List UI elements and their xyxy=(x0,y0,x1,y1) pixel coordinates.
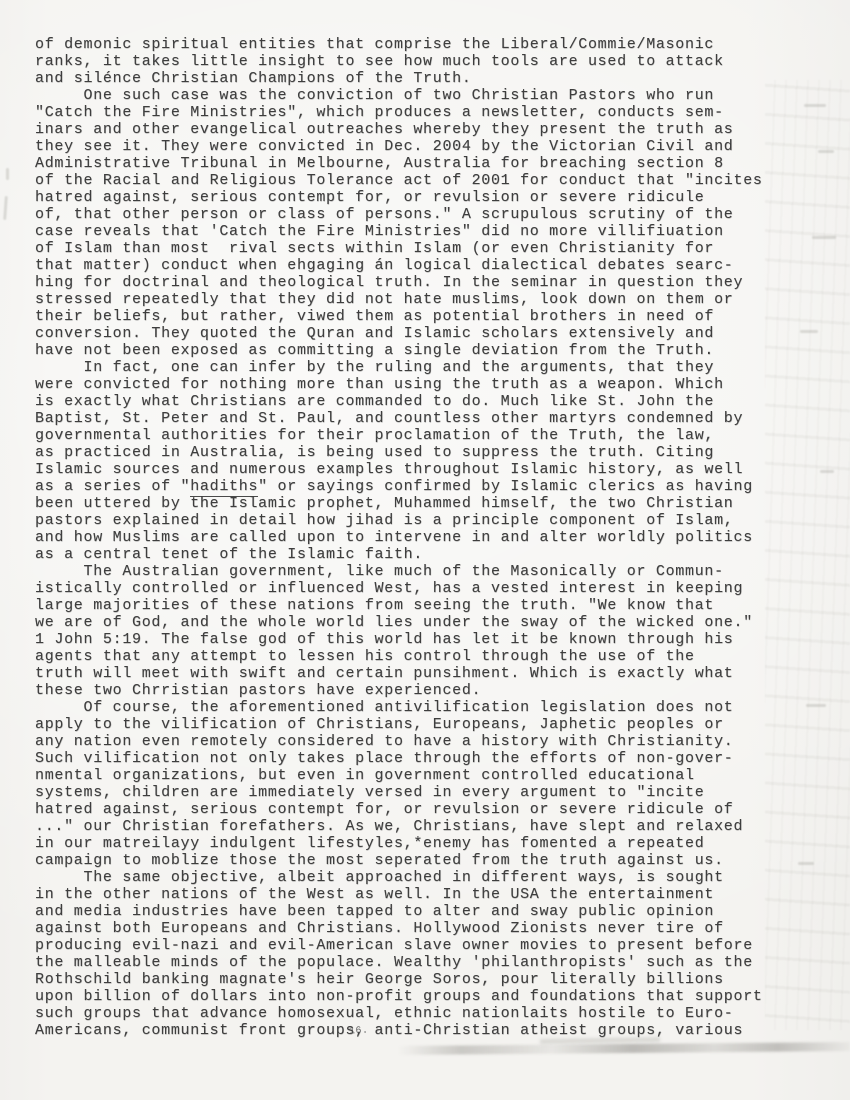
text-line-56: Rothschild banking magnate's heir George… xyxy=(35,971,763,988)
text-line-5: "Catch the Fire Ministries", which produ… xyxy=(35,104,763,121)
text-line-23: Baptist, St. Peter and St. Paul, and cou… xyxy=(35,410,763,427)
text-line-57: upon billion of dollars into non-profit … xyxy=(35,988,763,1005)
text-line-24: governmental authorities for their procl… xyxy=(35,427,763,444)
scan-artifact xyxy=(800,330,818,333)
text-line-18: conversion. They quoted the Quran and Is… xyxy=(35,325,763,342)
text-line-32: The Australian government, like much of … xyxy=(35,563,763,580)
text-line-1: of demonic spiritual entities that compr… xyxy=(35,36,763,53)
scan-artifact xyxy=(806,704,826,707)
text-line-11: of, that other person or class of person… xyxy=(35,206,763,223)
scan-bleedthrough-noise xyxy=(765,80,850,1030)
text-line-21: were convicted for nothing more than usi… xyxy=(35,376,763,393)
text-line-48: in our matreilayy indulgent lifestyles,*… xyxy=(35,835,763,852)
text-line-53: against both Europeans and Christians. H… xyxy=(35,920,763,937)
text-line-31: as a central tenet of the Islamic faith. xyxy=(35,546,763,563)
text-line-29: pastors explained in detail how jihad is… xyxy=(35,512,763,529)
text-line-45: systems, children are immediately versed… xyxy=(35,784,763,801)
text-line-52: and media industries have been tapped to… xyxy=(35,903,763,920)
text-line-58: such groups that advance homosexual, eth… xyxy=(35,1005,763,1022)
text-line-3: and silénce Christian Champions of the T… xyxy=(35,70,763,87)
scan-artifact xyxy=(820,470,834,473)
text-line-47: ..." our Christian forefathers. As we, C… xyxy=(35,818,763,835)
text-line-27: as a series of "hadiths" or sayings conf… xyxy=(35,478,763,495)
text-line-20: In fact, one can infer by the ruling and… xyxy=(35,359,763,376)
text-line-10: hatred against, serious contempt for, or… xyxy=(35,189,763,206)
text-line-39: these two Chrristian pastors have experi… xyxy=(35,682,763,699)
text-line-38: truth will meet with swift and certain p… xyxy=(35,665,763,682)
text-line-4: One such case was the conviction of two … xyxy=(35,87,763,104)
scan-artifact xyxy=(798,862,814,865)
scan-artifact xyxy=(804,104,826,107)
text-line-12: case reveals that 'Catch the Fire Minist… xyxy=(35,223,763,240)
text-line-26: Islamic sources and numerous examples th… xyxy=(35,461,763,478)
text-line-9: of the Racial and Religious Tolerance ac… xyxy=(35,172,763,189)
scan-artifact xyxy=(6,168,9,180)
text-line-15: hing for doctrinal and theological truth… xyxy=(35,274,763,291)
text-line-30: and how Muslims are called upon to inter… xyxy=(35,529,763,546)
text-line-25: as practiced in Australia, is being used… xyxy=(35,444,763,461)
scan-artifact xyxy=(818,150,834,153)
scan-artifact xyxy=(812,236,836,239)
text-line-13: of Islam than most rival sects within Is… xyxy=(35,240,763,257)
text-line-41: apply to the vilification of Christians,… xyxy=(35,716,763,733)
text-line-17: their beliefs, but rather, viwed them as… xyxy=(35,308,763,325)
text-line-43: Such vilification not only takes place t… xyxy=(35,750,763,767)
text-line-51: in the other nations of the West as well… xyxy=(35,886,763,903)
scanned-document-page: of demonic spiritual entities that compr… xyxy=(0,0,850,1100)
text-line-50: The same objective, albeit approached in… xyxy=(35,869,763,886)
text-line-46: hatred against, serious contempt for, or… xyxy=(35,801,763,818)
text-line-7: they see it. They were convicted in Dec.… xyxy=(35,138,763,155)
text-line-35: we are of God, and the whole world lies … xyxy=(35,614,763,631)
text-line-22: is exactly what Christians are commanded… xyxy=(35,393,763,410)
text-line-2: ranks, it takes little insight to see ho… xyxy=(35,53,763,70)
text-line-49: campaign to moblize those the most seper… xyxy=(35,852,763,869)
text-line-28: been uttered by the Islamic prophet, Muh… xyxy=(35,495,763,512)
text-line-37: agents that any attempt to lessen his co… xyxy=(35,648,763,665)
text-line-44: nmental organizations, but even in gover… xyxy=(35,767,763,784)
text-line-34: large majorities of these nations from s… xyxy=(35,597,763,614)
text-line-42: any nation even remotely considered to h… xyxy=(35,733,763,750)
text-line-19: have not been exposed as committing a si… xyxy=(35,342,763,359)
scan-artifact xyxy=(3,196,8,220)
text-line-8: Administrative Tribunal in Melbourne, Au… xyxy=(35,155,763,172)
bottom-ink-smudge xyxy=(398,1042,850,1055)
text-line-14: that matter) conduct when ehgaging án lo… xyxy=(35,257,763,274)
text-line-54: producing evil-nazi and evil-American sl… xyxy=(35,937,763,954)
handwritten-page-number: 16. xyxy=(349,1025,369,1037)
text-line-40: Of course, the aforementioned antivilifi… xyxy=(35,699,763,716)
document-body: of demonic spiritual entities that compr… xyxy=(35,36,763,1039)
text-line-16: stressed repeatedly that they did not ha… xyxy=(35,291,763,308)
text-line-36: 1 John 5:19. The false god of this world… xyxy=(35,631,763,648)
text-line-55: the malleable minds of the populace. Wea… xyxy=(35,954,763,971)
text-line-6: inars and other evangelical outreaches w… xyxy=(35,121,763,138)
text-line-33: istically controlled or influenced West,… xyxy=(35,580,763,597)
